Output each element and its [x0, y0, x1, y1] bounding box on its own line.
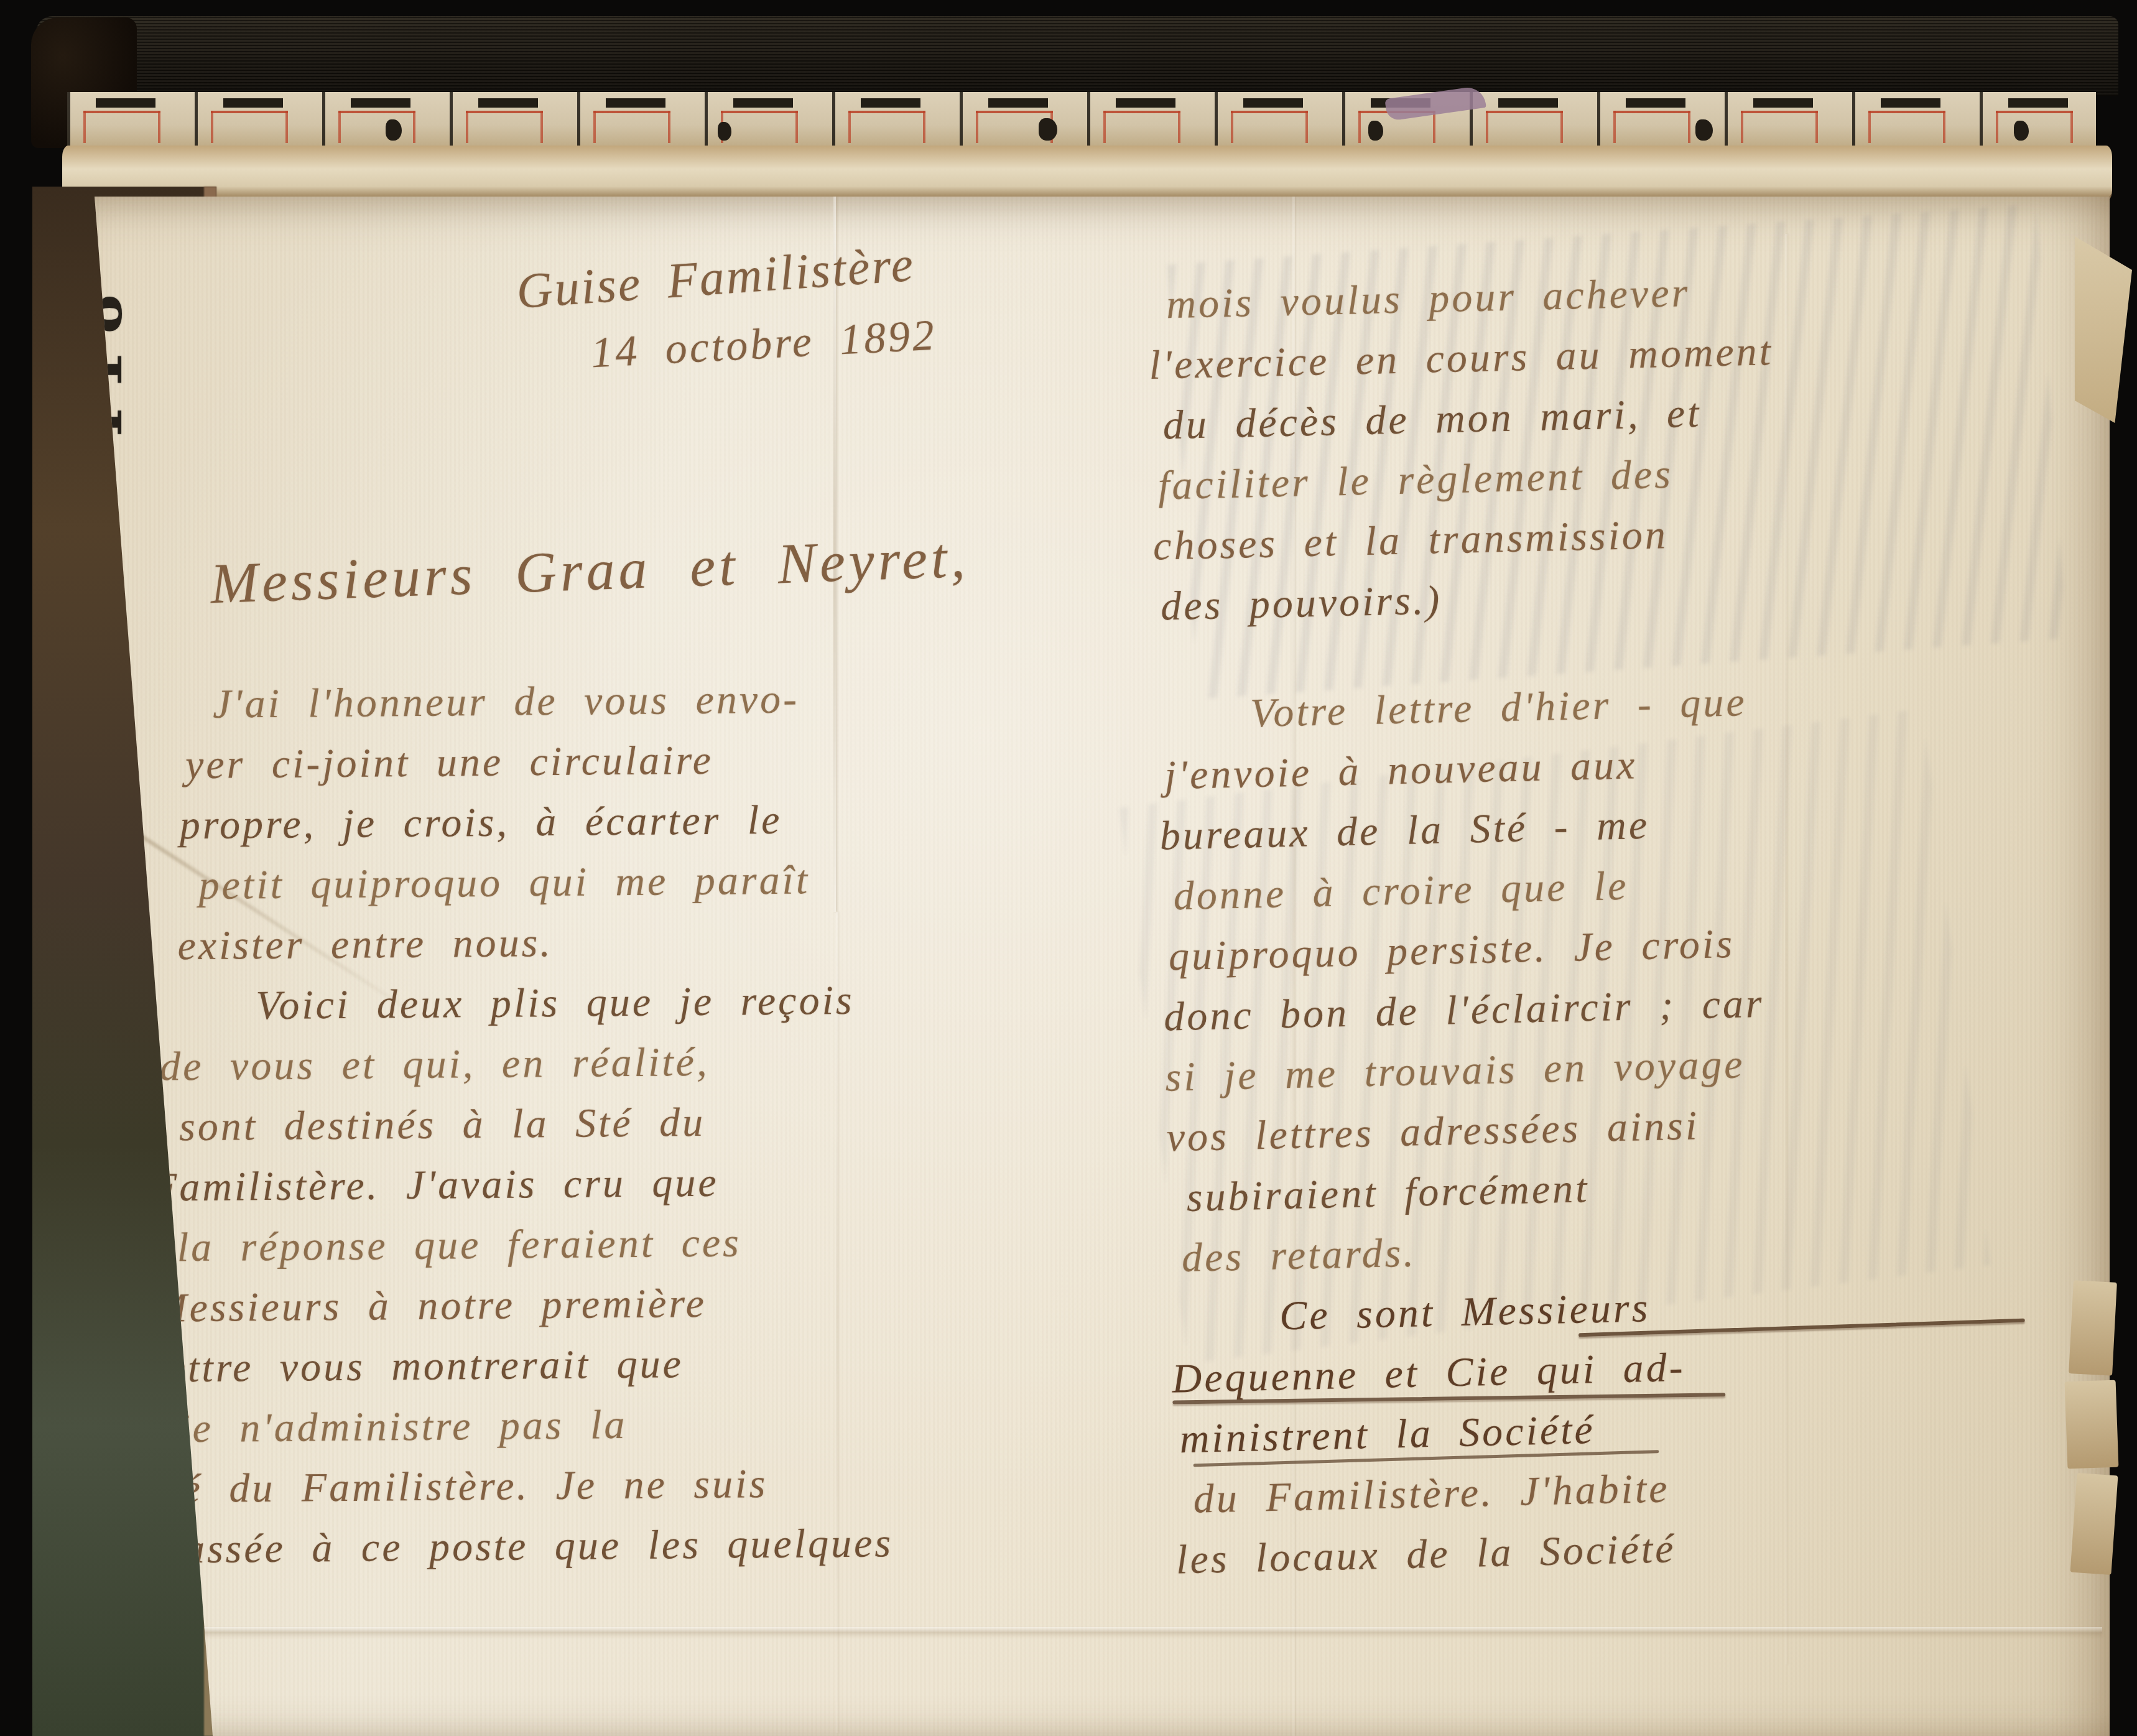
handwritten-line: yer ci-joint une circulaire [139, 726, 1110, 796]
letter-salutation: Messieurs Graa et Neyret, [210, 524, 970, 616]
left-column: J'ai l'honneur de vous envo- yer ci-join… [138, 666, 1116, 1580]
handwritten-line: Familistère. J'avais cru que [142, 1149, 1113, 1218]
letter-heading-place: Guise Familistère [515, 236, 917, 321]
handwritten-line: Messieurs à notre première [143, 1270, 1114, 1339]
handwritten-line: lettre vous montrerait que [144, 1330, 1115, 1399]
right-column: mois voulus pour achever l'exercice en c… [1147, 253, 2137, 1590]
handwritten-line: Sté du Familistère. Je ne suis [145, 1451, 1116, 1520]
handwritten-line: J'ai l'honneur de vous envo- [138, 666, 1109, 735]
scanned-letterbook-photo: { "page": { "number": "418" }, "letter":… [0, 0, 2137, 1736]
handwritten-line: petit quiproquo qui me paraît [139, 847, 1110, 916]
page-corner-stack [2070, 1473, 2118, 1575]
page-corner-stack [2069, 1280, 2117, 1375]
page-top-edge [62, 146, 2112, 202]
letter-page: 418 Guise Familistère 14 octobre 1892 Me… [62, 197, 2110, 1736]
page-corner-stack [2065, 1380, 2119, 1469]
handwritten-line: je n'administre pas la [144, 1390, 1115, 1459]
tab-letter-mark [718, 122, 731, 141]
handwritten-line: la réponse que feraient ces [142, 1209, 1113, 1278]
index-tabs-strip [67, 92, 2096, 147]
tab-letter-mark [2014, 121, 2029, 141]
handwritten-line: sont destinés à la Sté du [142, 1088, 1113, 1158]
tab-letter-mark [1368, 121, 1383, 141]
handwritten-line: exister entre nous. [140, 907, 1111, 977]
tab-letter-mark [1695, 119, 1713, 141]
fold-crease-horizontal [174, 1627, 2102, 1633]
letter-heading-date: 14 octobre 1892 [590, 310, 938, 378]
handwritten-line: de vous et qui, en réalité, [141, 1028, 1112, 1097]
tab-letter-mark [1039, 118, 1057, 141]
handwritten-line: passée à ce poste que les quelques [146, 1511, 1116, 1580]
page-edge-wedge [2075, 236, 2132, 423]
handwritten-line: Voici deux plis que je reçois [141, 968, 1111, 1037]
book-cover-top-band [36, 16, 2118, 96]
handwritten-line: propre, je crois, à écarter le [139, 787, 1110, 856]
tab-letter-mark [386, 119, 402, 141]
